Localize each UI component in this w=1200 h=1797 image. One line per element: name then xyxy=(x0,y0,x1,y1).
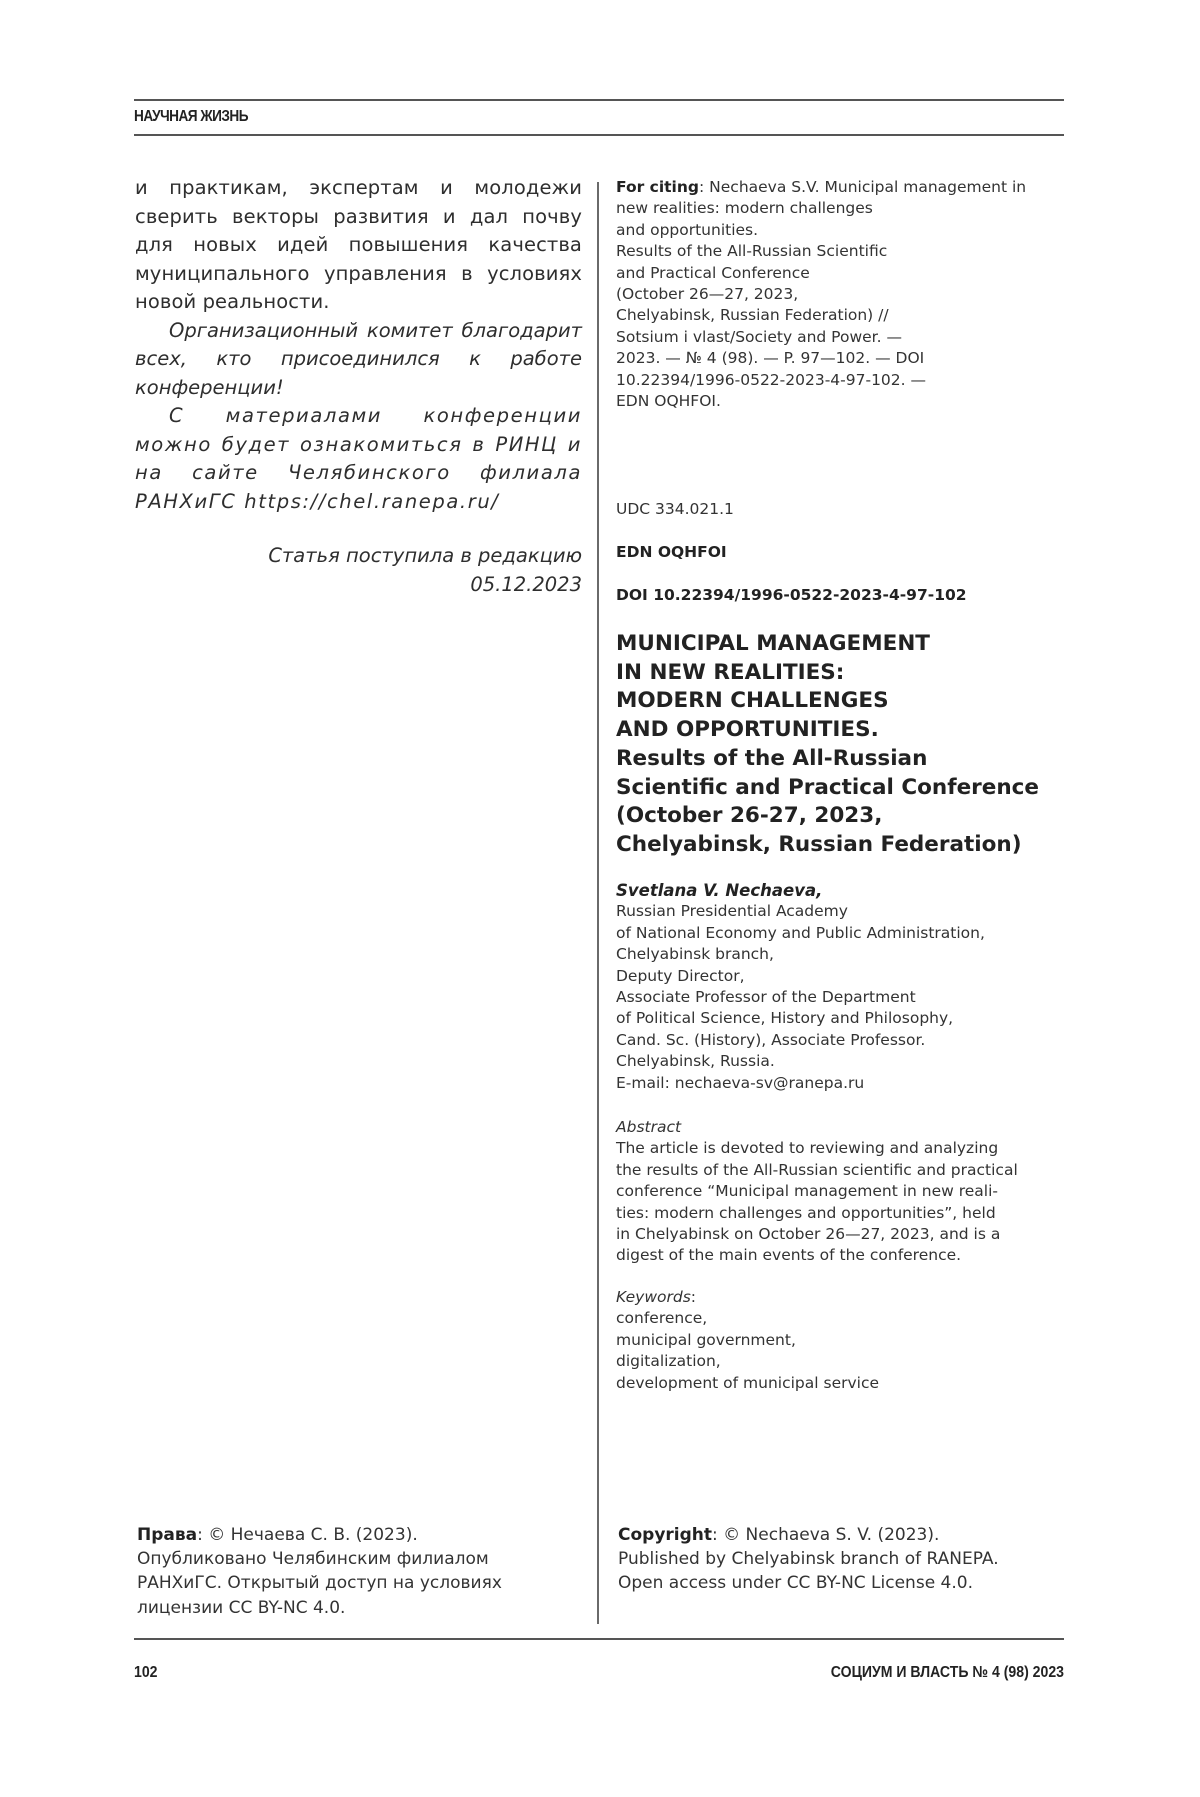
column-divider xyxy=(597,182,599,1624)
doi-link[interactable]: DOI 10.22394/1996-0522-2023-4-97-102 xyxy=(616,586,1071,604)
affiliation-line: Associate Professor of the Department xyxy=(616,987,1071,1008)
citation-line: Sotsium i vlast/Society and Power. — xyxy=(616,327,1071,348)
abstract-line: ties: modern challenges and opportunitie… xyxy=(616,1203,1071,1224)
citation-line: 10.22394/1996-0522-2023-4-97-102. — xyxy=(616,370,1071,391)
citation-line: (October 26—27, 2023, xyxy=(616,284,1071,305)
rights-en-line: Open access under CC BY-NC License 4.0. xyxy=(618,1571,1078,1595)
rights-ru-label: Права xyxy=(137,1525,197,1545)
author-block: Svetlana V. Nechaeva, Russian Presidenti… xyxy=(616,880,1071,1094)
abstract-label: Abstract xyxy=(616,1117,1071,1138)
affiliation-line: Russian Presidential Academy xyxy=(616,901,1071,922)
email-line: E-mail: nechaeva-sv@ranepa.ru xyxy=(616,1073,1071,1094)
affiliation-line: of National Economy and Public Administr… xyxy=(616,923,1071,944)
received-date: 05.12.2023 xyxy=(135,571,582,600)
rights-ru-line: РАНХиГС. Открытый доступ на условиях xyxy=(137,1571,587,1595)
keyword-item: development of municipal service xyxy=(616,1373,1071,1394)
received-label: Статья поступила в редакцию xyxy=(135,542,582,571)
affiliation-line: of Political Science, History and Philos… xyxy=(616,1008,1071,1029)
keywords-label: Keywords xyxy=(616,1288,691,1306)
received-note: Статья поступила в редакцию 05.12.2023 xyxy=(135,542,582,599)
citation-line: Results of the All-Russian Scientific xyxy=(616,241,1071,262)
email-link[interactable]: nechaeva-sv@ranepa.ru xyxy=(675,1074,864,1092)
thanks-paragraph: Организационный комитет благодарит всех,… xyxy=(135,317,582,403)
rights-ru-line: лицензии CC BY-NC 4.0. xyxy=(137,1596,587,1620)
title-line: AND OPPORTUNITIES. xyxy=(616,716,1071,745)
citation-line: and opportunities. xyxy=(616,220,1071,241)
udc-code: UDC 334.021.1 xyxy=(616,500,1071,518)
affiliation-line: Deputy Director, xyxy=(616,966,1071,987)
abstract-line: the results of the All-Russian scientifi… xyxy=(616,1160,1071,1181)
edn-code: EDN OQHFOI xyxy=(616,543,1071,561)
citation-line: and Practical Conference xyxy=(616,263,1071,284)
citation-line: new realities: modern challenges xyxy=(616,198,1071,219)
page-number: 102 xyxy=(134,1664,157,1682)
keyword-item: municipal government, xyxy=(616,1330,1071,1351)
left-column: и практикам, экспертам и молодежи сверит… xyxy=(135,174,582,599)
citation-line: Chelyabinsk, Russian Federation) // xyxy=(616,305,1071,326)
abstract-line: conference “Municipal management in new … xyxy=(616,1181,1071,1202)
section-title: НАУЧНАЯ ЖИЗНЬ xyxy=(134,108,248,126)
materials-paragraph: С материалами конференции можно будет оз… xyxy=(135,402,582,516)
rights-en-line: Published by Chelyabinsk branch of RANEP… xyxy=(618,1547,1078,1571)
citation-block: For citing: Nechaeva S.V. Municipal mana… xyxy=(616,177,1071,412)
abstract-block: Abstract The article is devoted to revie… xyxy=(616,1117,1071,1267)
title-line: Chelyabinsk, Russian Federation) xyxy=(616,831,1071,860)
abstract-line: in Chelyabinsk on October 26—27, 2023, a… xyxy=(616,1224,1071,1245)
keyword-item: digitalization, xyxy=(616,1351,1071,1372)
footer-rule xyxy=(134,1638,1064,1640)
title-line: Scientific and Practical Conference xyxy=(616,774,1071,803)
rights-ru-first-line: Права: © Нечаева С. В. (2023). xyxy=(137,1523,587,1547)
citation-first-line: For citing: Nechaeva S.V. Municipal mana… xyxy=(616,177,1071,198)
body-paragraph: и практикам, экспертам и молодежи сверит… xyxy=(135,174,582,317)
citation-line: 2023. — № 4 (98). — P. 97—102. — DOI xyxy=(616,348,1071,369)
rights-en-first-line: Copyright: © Nechaeva S. V. (2023). xyxy=(618,1523,1078,1547)
title-line: (October 26-27, 2023, xyxy=(616,802,1071,831)
journal-name: СОЦИУМ И ВЛАСТЬ № 4 (98) 2023 xyxy=(831,1664,1064,1682)
header-top-rule xyxy=(134,99,1064,101)
affiliation-line: Chelyabinsk, Russia. xyxy=(616,1051,1071,1072)
abstract-line: digest of the main events of the confere… xyxy=(616,1245,1071,1266)
abstract-line: The article is devoted to reviewing and … xyxy=(616,1138,1071,1159)
affiliation-line: Chelyabinsk branch, xyxy=(616,944,1071,965)
rights-en-label: Copyright xyxy=(618,1525,712,1545)
citation-line: EDN OQHFOI. xyxy=(616,391,1071,412)
title-line: Results of the All-Russian xyxy=(616,745,1071,774)
keywords-block: Keywords: conference, municipal governme… xyxy=(616,1287,1071,1394)
keyword-item: conference, xyxy=(616,1308,1071,1329)
citation-label: For citing xyxy=(616,178,699,196)
header-bottom-rule xyxy=(134,134,1064,136)
article-title: MUNICIPAL MANAGEMENT IN NEW REALITIES: M… xyxy=(616,630,1071,860)
keywords-heading: Keywords: xyxy=(616,1287,1071,1308)
rights-en: Copyright: © Nechaeva S. V. (2023). Publ… xyxy=(618,1523,1078,1596)
title-line: IN NEW REALITIES: xyxy=(616,659,1071,688)
affiliation-line: Cand. Sc. (History), Associate Professor… xyxy=(616,1030,1071,1051)
rights-ru-line: Опубликовано Челябинским филиалом xyxy=(137,1547,587,1571)
title-line: MODERN CHALLENGES xyxy=(616,687,1071,716)
author-name: Svetlana V. Nechaeva, xyxy=(616,880,1071,901)
title-line: MUNICIPAL MANAGEMENT xyxy=(616,630,1071,659)
rights-ru: Права: © Нечаева С. В. (2023). Опубликов… xyxy=(137,1523,587,1620)
